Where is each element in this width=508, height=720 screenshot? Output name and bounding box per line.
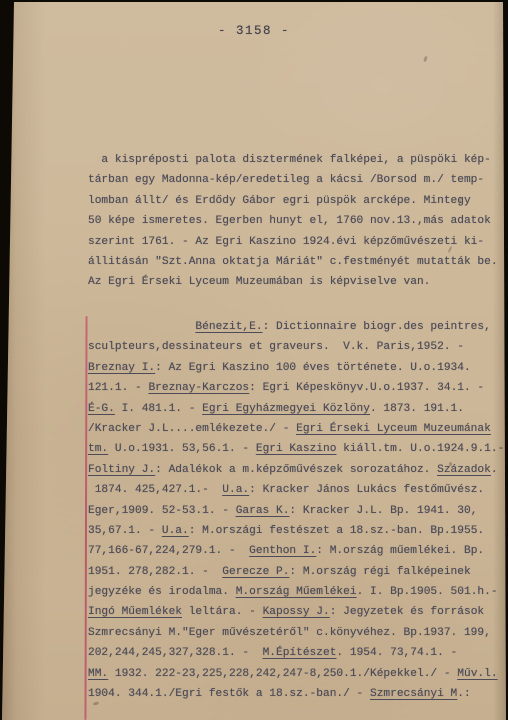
text-line: Breznay I.: Az Egri Kaszino 100 éves tör… xyxy=(88,358,504,378)
page-number: - 3158 - xyxy=(0,24,508,38)
paper-speck xyxy=(423,56,428,63)
text-line: 1951. 278,282.1. - Gerecze P.: M.ország … xyxy=(88,562,504,582)
plain-text: Szmrecsányi M."Eger művészetéről" c.köny… xyxy=(88,627,491,639)
underlined-text: Egri Egyházmegyei Közlöny xyxy=(202,403,370,415)
plain-text: : Az Egri Kaszino 100 éves története. U.… xyxy=(155,362,471,374)
text-line: Foltiny J.: Adalékok a m.képzőművészek s… xyxy=(88,460,504,480)
text-line: 1904. 344.1./Egri festők a 18.sz.-ban./ … xyxy=(88,684,504,704)
plain-text: tárban egy Madonna-kép/eredetileg a kács… xyxy=(88,174,484,186)
plain-text: : Jegyzetek és források xyxy=(330,606,484,618)
underlined-text: Foltiny J. xyxy=(88,464,155,476)
plain-text: állitásán "Szt.Anna oktatja Máriát" c.fe… xyxy=(88,256,498,268)
text-line: 121.1. - Breznay-Karczos: Egri Képesköny… xyxy=(88,378,504,398)
plain-text: jegyzéke és irodalma. xyxy=(88,586,236,598)
text-line: 202,244,245,327,328.1. - M.Építészet. 19… xyxy=(88,643,504,663)
text-line: tárban egy Madonna-kép/eredetileg a kács… xyxy=(88,170,498,190)
plain-text: Az Egri Érseki Lyceum Muzeumában is képv… xyxy=(88,276,430,288)
underlined-text: M.Építészet xyxy=(263,647,337,659)
underlined-text: Kapossy J. xyxy=(263,606,330,618)
text-line: Szmrecsányi M."Eger művészetéről" c.köny… xyxy=(88,623,504,643)
text-line: 50 képe ismeretes. Egerben hunyt el, 176… xyxy=(88,211,498,231)
underlined-text: Szmrecsányi M xyxy=(370,688,457,700)
plain-text: 1951. 278,282.1. - xyxy=(88,566,222,578)
plain-text: 202,244,245,327,328.1. - xyxy=(88,647,263,659)
plain-text: U.o.1931. 53,56.1. - xyxy=(108,443,256,455)
text-line: 35,67.1. - U.a.: M.országi festészet a 1… xyxy=(88,521,504,541)
underlined-text: Bénezit,E. xyxy=(195,321,262,333)
plain-text: : M.országi festészet a 18.sz.-ban. Bp.1… xyxy=(189,525,484,537)
text-line: Ingó Műemlékek leltára. - Kapossy J.: Je… xyxy=(88,602,504,622)
plain-text: .: xyxy=(457,688,470,700)
plain-text: leltára. - xyxy=(182,606,263,618)
plain-text: szerint 1761. - Az Egri Kaszino 1924.évi… xyxy=(88,236,484,248)
text-line: jegyzéke és irodalma. M.ország Műemlékei… xyxy=(88,582,504,602)
plain-text: : M.ország műemlékei. Bp. xyxy=(316,545,484,557)
underlined-text: Gerecze P. xyxy=(222,566,289,578)
text-line: lomban állt/ és Erdődy Gábor egri püspök… xyxy=(88,191,498,211)
text-line: 1874. 425,427.1.- U.a.: Kracker János Lu… xyxy=(88,480,504,500)
underlined-text: M.ország Műemlékei xyxy=(236,586,357,598)
underlined-text: tm. xyxy=(88,443,108,455)
scan-background: { "colors": { "paper": "#ccb798", "ink":… xyxy=(0,0,508,720)
plain-text: 77,166-67,224,279.1. - xyxy=(88,545,249,557)
plain-text: 50 képe ismeretes. Egerben hunyt el, 176… xyxy=(88,215,491,227)
underlined-text: Breznay I. xyxy=(88,362,155,374)
plain-text: . 1873. 191.1. xyxy=(370,403,464,415)
plain-text xyxy=(88,321,195,333)
text-line: Az Egri Érseki Lyceum Muzeumában is képv… xyxy=(88,272,498,292)
underlined-text: Breznay-Karczos xyxy=(148,382,249,394)
plain-text: 1904. 344.1./Egri festők a 18.sz.-ban./ … xyxy=(88,688,370,700)
text-line: Bénezit,E.: Dictionnaire biogr.des peint… xyxy=(88,317,504,337)
text-line: állitásán "Szt.Anna oktatja Máriát" c.fe… xyxy=(88,252,498,272)
text-line: /Kracker J.L....emlékezete./ - Egri Érse… xyxy=(88,419,504,439)
plain-text: . 1954. 73,74.1. - xyxy=(336,647,457,659)
plain-text: I. 481.1. - xyxy=(115,403,202,415)
plain-text: 1932. 222-23,225,228,242,247-8,250.1./Ké… xyxy=(108,668,457,680)
plain-text: /Kracker J.L....emlékezete./ - xyxy=(88,423,296,435)
plain-text: 35,67.1. - xyxy=(88,525,162,537)
plain-text: . xyxy=(491,464,498,476)
underlined-text: Műv.l. xyxy=(457,668,497,680)
text-line: MM. 1932. 222-23,225,228,242,247-8,250.1… xyxy=(88,664,504,684)
underlined-text: É-G. xyxy=(88,403,115,415)
plain-text: lomban állt/ és Erdődy Gábor egri püspök… xyxy=(88,195,471,207)
text-line: tm. U.o.1931. 53,56.1. - Egri Kaszino ki… xyxy=(88,439,504,459)
underlined-text: U.a. xyxy=(162,525,189,537)
paper-speck xyxy=(449,462,452,466)
text-line: 77,166-67,224,279.1. - Genthon I.: M.ors… xyxy=(88,541,504,561)
text-line: a kispréposti palota disztermének falkép… xyxy=(88,150,498,170)
plain-text: kiáll.tm. U.o.1924.9.1.- xyxy=(336,443,504,455)
plain-text: Eger,1909. 52-53.1. - xyxy=(88,505,236,517)
underlined-text: Századok xyxy=(437,464,491,476)
underlined-text: Garas K. xyxy=(236,505,290,517)
plain-text: : Dictionnaire biogr.des peintres, xyxy=(263,321,491,333)
plain-text: : M.ország régi falképeinek xyxy=(289,566,470,578)
plain-text: : Kracker János Lukács festőművész. xyxy=(249,484,484,496)
plain-text: a kispréposti palota disztermének falkép… xyxy=(88,154,491,166)
bibliography-section: Bénezit,E.: Dictionnaire biogr.des peint… xyxy=(88,317,504,704)
text-line: É-G. I. 481.1. - Egri Egyházmegyei Közlö… xyxy=(88,399,504,419)
text-line: szerint 1761. - Az Egri Kaszino 1924.évi… xyxy=(88,232,498,252)
biography-paragraph: a kispréposti palota disztermének falkép… xyxy=(88,150,498,293)
plain-text: : Egri Képeskönyv.U.o.1937. 34.1. - xyxy=(249,382,484,394)
plain-text: 1874. 425,427.1.- xyxy=(88,484,222,496)
underlined-text: Egri Érseki Lyceum Muzeumának xyxy=(296,423,491,435)
text-line: Eger,1909. 52-53.1. - Garas K.: Kracker … xyxy=(88,501,504,521)
plain-text: 121.1. - xyxy=(88,382,148,394)
paper-speck xyxy=(93,701,100,705)
plain-text: . I. Bp.1905. 501.h.- xyxy=(357,586,498,598)
underlined-text: Genthon I. xyxy=(249,545,316,557)
plain-text: sculpteurs,dessinateurs et graveurs. V.k… xyxy=(88,341,464,353)
underlined-text: Egri Kaszino xyxy=(256,443,337,455)
plain-text: : Kracker J.L. Bp. 1941. 30, xyxy=(289,505,477,517)
plain-text: : Adalékok a m.képzőművészek sorozatához… xyxy=(155,464,437,476)
underlined-text: Ingó Műemlékek xyxy=(88,606,182,618)
text-line: sculpteurs,dessinateurs et graveurs. V.k… xyxy=(88,337,504,357)
underlined-text: U.a. xyxy=(222,484,249,496)
document-page: - 3158 - a kispréposti palota disztermén… xyxy=(0,0,508,720)
underlined-text: MM. xyxy=(88,668,108,680)
